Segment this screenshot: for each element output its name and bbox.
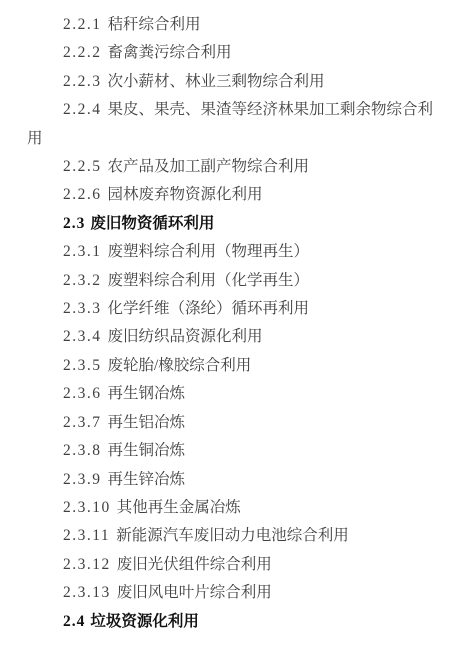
item-text: 废旧光伏组件综合利用 bbox=[117, 556, 272, 573]
list-item: 2.3.7再生铝冶炼 bbox=[27, 409, 437, 437]
list-item: 2.3.3化学纤维（涤纶）循环再利用 bbox=[27, 295, 437, 323]
item-number: 2.3.7 bbox=[63, 414, 102, 431]
list-item: 2.2.5农产品及加工副产物综合利用 bbox=[27, 153, 437, 181]
list-item: 2.3.5废轮胎/橡胶综合利用 bbox=[27, 352, 437, 380]
item-number: 2.2.4 bbox=[63, 101, 102, 118]
item-number: 2.3 bbox=[63, 215, 85, 232]
item-text: 垃圾资源化利用 bbox=[90, 613, 199, 630]
list-item: 2.3.6再生钢冶炼 bbox=[27, 380, 437, 408]
item-number: 2.3.12 bbox=[63, 556, 111, 573]
item-text: 废轮胎/橡胶综合利用 bbox=[108, 357, 252, 374]
item-text: 化学纤维（涤纶）循环再利用 bbox=[108, 300, 310, 317]
list-item: 2.4垃圾资源化利用 bbox=[27, 608, 437, 636]
item-text: 新能源汽车废旧动力电池综合利用 bbox=[116, 527, 349, 544]
list-item: 2.3.1废塑料综合利用（物理再生） bbox=[27, 238, 437, 266]
item-number: 2.3.1 bbox=[63, 243, 102, 260]
item-number: 2.3.6 bbox=[63, 385, 102, 402]
item-number: 2.2.5 bbox=[63, 158, 102, 175]
document-body: 2.2.1秸秆综合利用 2.2.2畜禽粪污综合利用 2.2.3次小薪材、林业三剩… bbox=[0, 0, 450, 636]
item-text: 再生钢冶炼 bbox=[108, 385, 186, 402]
item-number: 2.2.3 bbox=[63, 73, 102, 90]
item-number: 2.3.9 bbox=[63, 471, 102, 488]
list-item: 2.3.4废旧纺织品资源化利用 bbox=[27, 323, 437, 351]
item-text: 农产品及加工副产物综合利用 bbox=[108, 158, 310, 175]
item-text: 再生铜冶炼 bbox=[108, 442, 186, 459]
item-number: 2.2.1 bbox=[63, 16, 102, 33]
list-item: 2.3.12废旧光伏组件综合利用 bbox=[27, 551, 437, 579]
item-number: 2.3.4 bbox=[63, 328, 102, 345]
document-page: 2.2.1秸秆综合利用 2.2.2畜禽粪污综合利用 2.2.3次小薪材、林业三剩… bbox=[0, 0, 450, 655]
list-item: 2.2.6园林废弃物资源化利用 bbox=[27, 181, 437, 209]
item-number: 2.3.3 bbox=[63, 300, 102, 317]
item-number: 2.3.10 bbox=[63, 499, 111, 516]
item-number: 2.3.5 bbox=[63, 357, 102, 374]
list-item: 2.3.9再生锌冶炼 bbox=[27, 466, 437, 494]
item-text: 次小薪材、林业三剩物综合利用 bbox=[108, 73, 325, 90]
item-text: 其他再生金属冶炼 bbox=[117, 499, 241, 516]
list-item: 2.3.11新能源汽车废旧动力电池综合利用 bbox=[27, 522, 437, 550]
item-number: 2.3.11 bbox=[63, 527, 110, 544]
list-item: 2.3.2废塑料综合利用（化学再生） bbox=[27, 267, 437, 295]
list-item: 2.2.2畜禽粪污综合利用 bbox=[27, 39, 437, 67]
list-item: 2.2.4果皮、果壳、果渣等经济林果加工剩余物综合利用 bbox=[27, 96, 437, 153]
item-text: 废旧风电叶片综合利用 bbox=[117, 584, 272, 601]
list-item: 2.3废旧物资循环利用 bbox=[27, 210, 437, 238]
item-text: 废旧物资循环利用 bbox=[90, 215, 214, 232]
item-text: 废塑料综合利用（化学再生） bbox=[108, 272, 310, 289]
item-text: 园林废弃物资源化利用 bbox=[108, 186, 263, 203]
list-item: 2.3.13废旧风电叶片综合利用 bbox=[27, 579, 437, 607]
item-text: 秸秆综合利用 bbox=[108, 16, 201, 33]
list-item: 2.3.10其他再生金属冶炼 bbox=[27, 494, 437, 522]
item-text: 废塑料综合利用（物理再生） bbox=[108, 243, 310, 260]
item-text: 再生铝冶炼 bbox=[108, 414, 186, 431]
item-text: 再生锌冶炼 bbox=[108, 471, 186, 488]
item-text: 畜禽粪污综合利用 bbox=[108, 44, 232, 61]
list-item: 2.3.8再生铜冶炼 bbox=[27, 437, 437, 465]
item-number: 2.3.13 bbox=[63, 584, 111, 601]
list-item: 2.2.3次小薪材、林业三剩物综合利用 bbox=[27, 68, 437, 96]
item-text: 废旧纺织品资源化利用 bbox=[108, 328, 263, 345]
item-number: 2.3.8 bbox=[63, 442, 102, 459]
item-number: 2.4 bbox=[63, 613, 85, 630]
item-number: 2.2.6 bbox=[63, 186, 102, 203]
list-item: 2.2.1秸秆综合利用 bbox=[27, 11, 437, 39]
item-number: 2.3.2 bbox=[63, 272, 102, 289]
item-number: 2.2.2 bbox=[63, 44, 102, 61]
